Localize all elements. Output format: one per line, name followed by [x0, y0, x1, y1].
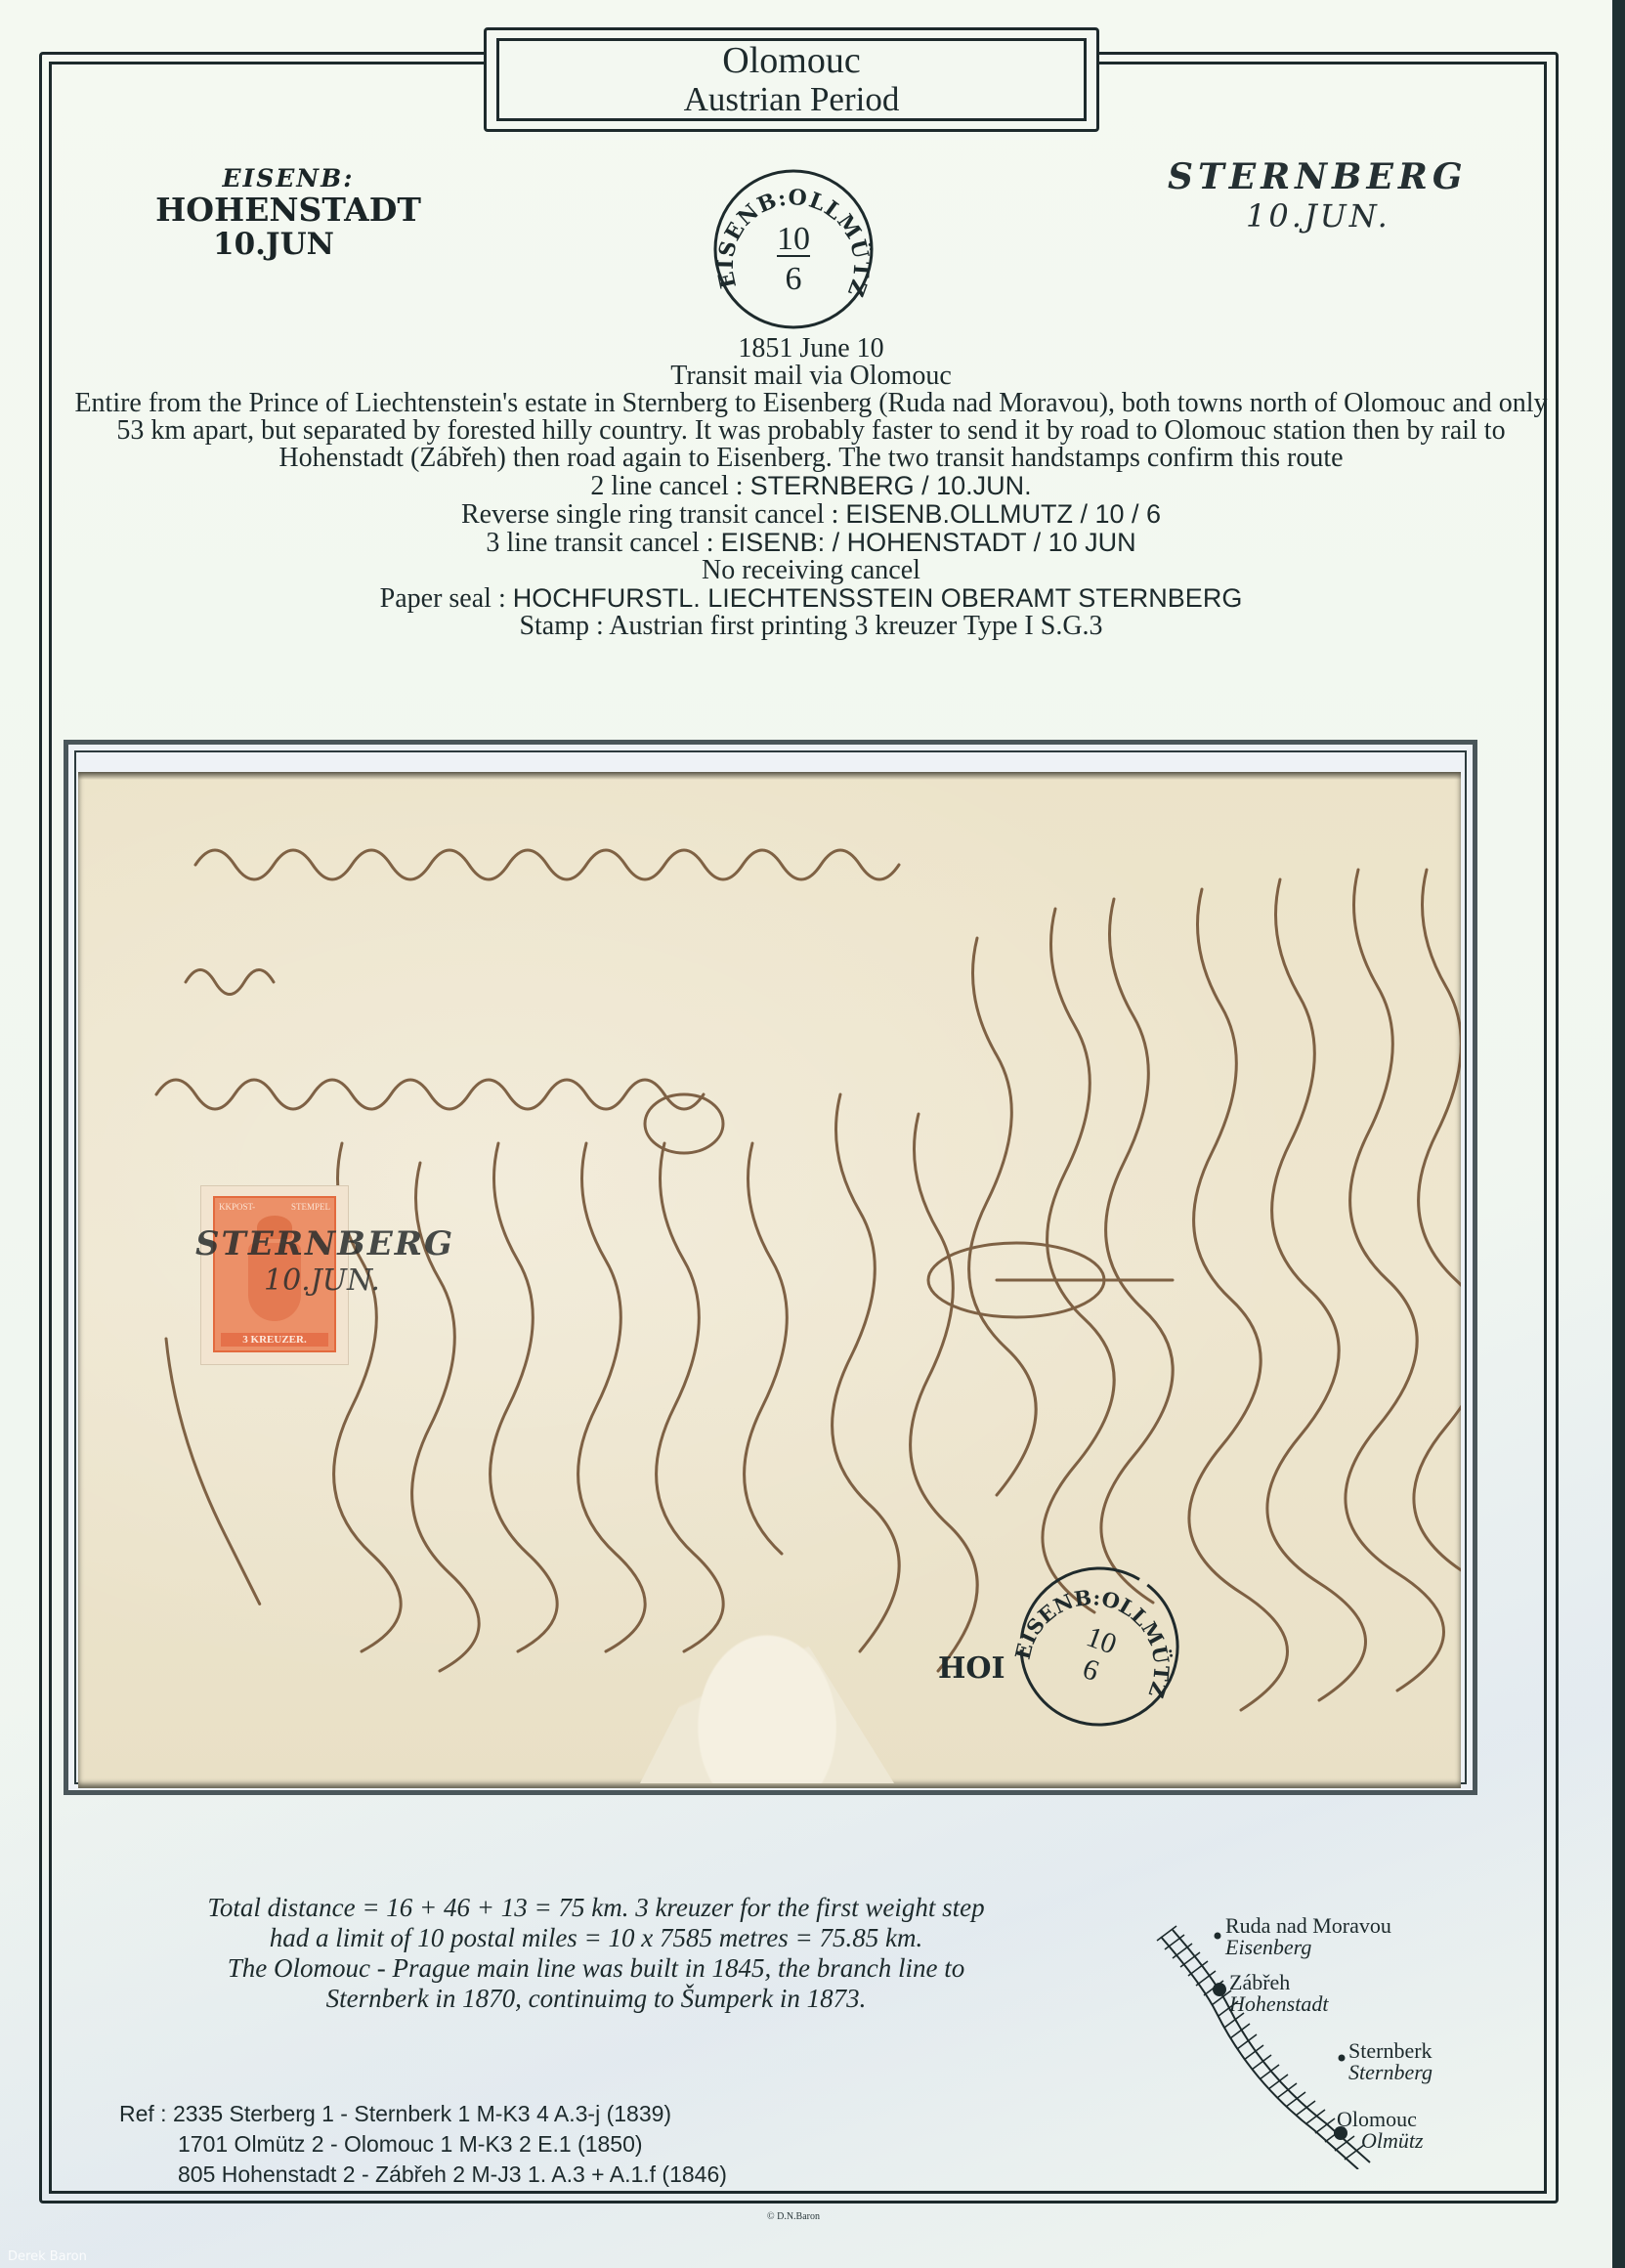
detail-value: EISENB: / HOHENSTADT / 10 JUN [721, 528, 1136, 557]
detail-line: No receiving cancel [59, 557, 1563, 584]
note-line: The Olomouc - Prague main line was built… [98, 1953, 1094, 1984]
cancel-line-1: STERNBERG [1153, 156, 1485, 197]
place-german-name: Hohenstadt [1229, 1993, 1328, 2015]
sternberg-cancel-illustration: STERNBERG 10.JUN. [1153, 156, 1485, 235]
copyright-notice: © D.N.Baron [767, 2211, 820, 2222]
ollmutz-ring-postmark-on-cover: EISENB:OLLMÜTZ 10 6 [1006, 1554, 1192, 1739]
reference-text: 2335 Sterberg 1 - Sternberk 1 M-K3 4 A.3… [173, 2101, 671, 2126]
cancel-line-2: HOHENSTADT [147, 193, 430, 228]
reference-row: 805 Hohenstadt 2 - Zábřeh 2 M-J3 1. A.3 … [119, 2160, 727, 2190]
stamp-inscription: KKPOST- STEMPEL [219, 1202, 330, 1212]
cancel-line-1: EISENB: [147, 164, 430, 193]
ring-day: 10 [777, 221, 810, 257]
detail-label: Stamp : Austrian first printing 3 kreuze… [519, 611, 1102, 641]
catalogue-references: Ref : 2335 Sterberg 1 - Sternberk 1 M-K3… [119, 2099, 727, 2190]
reference-prefix: Ref : [119, 2101, 173, 2126]
ring-month: 6 [1079, 1652, 1103, 1688]
map-place-olomouc: Olomouc Olmütz [1337, 2109, 1424, 2152]
detail-value: EISENB.OLLMUTZ / 10 / 6 [845, 499, 1161, 529]
watermark: Derek Baron [8, 2249, 87, 2264]
detail-label: 3 line transit cancel : [486, 528, 720, 558]
route-map: Ruda nad Moravou Eisenberg Zábřeh Hohens… [1143, 1876, 1495, 2169]
cancel-line-2: 10.JUN. [1153, 197, 1485, 235]
postmark-line-1: STERNBERG [195, 1224, 454, 1263]
map-place-sternberk: Sternberk Sternberg [1348, 2040, 1433, 2083]
detail-line: 2 line cancel : STERNBERG / 10.JUN. [59, 472, 1563, 500]
cancel-line-3: 10.JUN [117, 228, 430, 261]
note-line: had a limit of 10 postal miles = 10 x 75… [98, 1923, 1094, 1953]
reference-row: Ref : 2335 Sterberg 1 - Sternberk 1 M-K3… [119, 2099, 727, 2129]
place-german-name: Olmütz [1337, 2130, 1424, 2152]
rate-notes: Total distance = 16 + 46 + 13 = 75 km. 3… [98, 1893, 1094, 2014]
place-german-name: Sternberg [1348, 2062, 1433, 2083]
detail-value: HOCHFURSTL. LIECHTENSSTEIN OBERAMT STERN… [513, 583, 1243, 613]
ollmutz-ring-cancel-illustration: EISENB:OLLMÜTZ 10 6 [701, 156, 886, 342]
detail-value: STERNBERG / 10.JUN. [750, 471, 1032, 500]
note-line: Sternberk in 1870, continuimg to Šumperk… [98, 1984, 1094, 2014]
detail-line: Paper seal : HOCHFURSTL. LIECHTENSSTEIN … [59, 584, 1563, 613]
page-subtitle: Austrian Period [684, 80, 900, 119]
detail-line: 3 line transit cancel : EISENB: / HOHENS… [59, 529, 1563, 557]
title-box: Olomouc Austrian Period [484, 27, 1099, 132]
cover-date: 1851 June 10 [59, 335, 1563, 363]
detail-label: No receiving cancel [702, 555, 920, 585]
scan-edge-strip [1612, 0, 1625, 2268]
cover-heading: Transit mail via Olomouc [59, 363, 1563, 390]
stamp-inscription-right: STEMPEL [291, 1202, 330, 1212]
sternberg-postmark-on-cover: STERNBERG 10.JUN. [195, 1224, 454, 1298]
title-box-inner: Olomouc Austrian Period [496, 38, 1087, 121]
reference-row: 1701 Olmütz 2 - Olomouc 1 M-K3 2 E.1 (18… [119, 2129, 727, 2160]
detail-label: Paper seal : [380, 583, 513, 614]
ring-month: 6 [786, 261, 802, 297]
detail-line: Reverse single ring transit cancel : EIS… [59, 500, 1563, 529]
detail-label: Reverse single ring transit cancel : [461, 499, 845, 530]
page-title: Olomouc [722, 41, 860, 80]
note-line: Total distance = 16 + 46 + 13 = 75 km. 3… [98, 1893, 1094, 1923]
postmark-line-2: 10.JUN. [195, 1263, 454, 1298]
hohenstadt-partial-postmark: HOI [938, 1651, 1005, 1686]
stamp-inscription-left: KKPOST- [219, 1202, 255, 1212]
place-german-name: Eisenberg [1225, 1937, 1391, 1958]
hohenstadt-cancel-illustration: EISENB: HOHENSTADT 10.JUN [147, 164, 430, 261]
stamp-denomination: 3 KREUZER. [221, 1333, 328, 1347]
map-place-zabreh: Zábřeh Hohenstadt [1229, 1972, 1328, 2015]
map-place-ruda: Ruda nad Moravou Eisenberg [1225, 1915, 1391, 1958]
detail-label: 2 line cancel : [590, 471, 749, 501]
cover-description: Entire from the Prince of Liechtenstein'… [59, 390, 1563, 472]
description-block: 1851 June 10 Transit mail via Olomouc En… [59, 335, 1563, 640]
detail-line: Stamp : Austrian first printing 3 kreuze… [59, 613, 1563, 640]
